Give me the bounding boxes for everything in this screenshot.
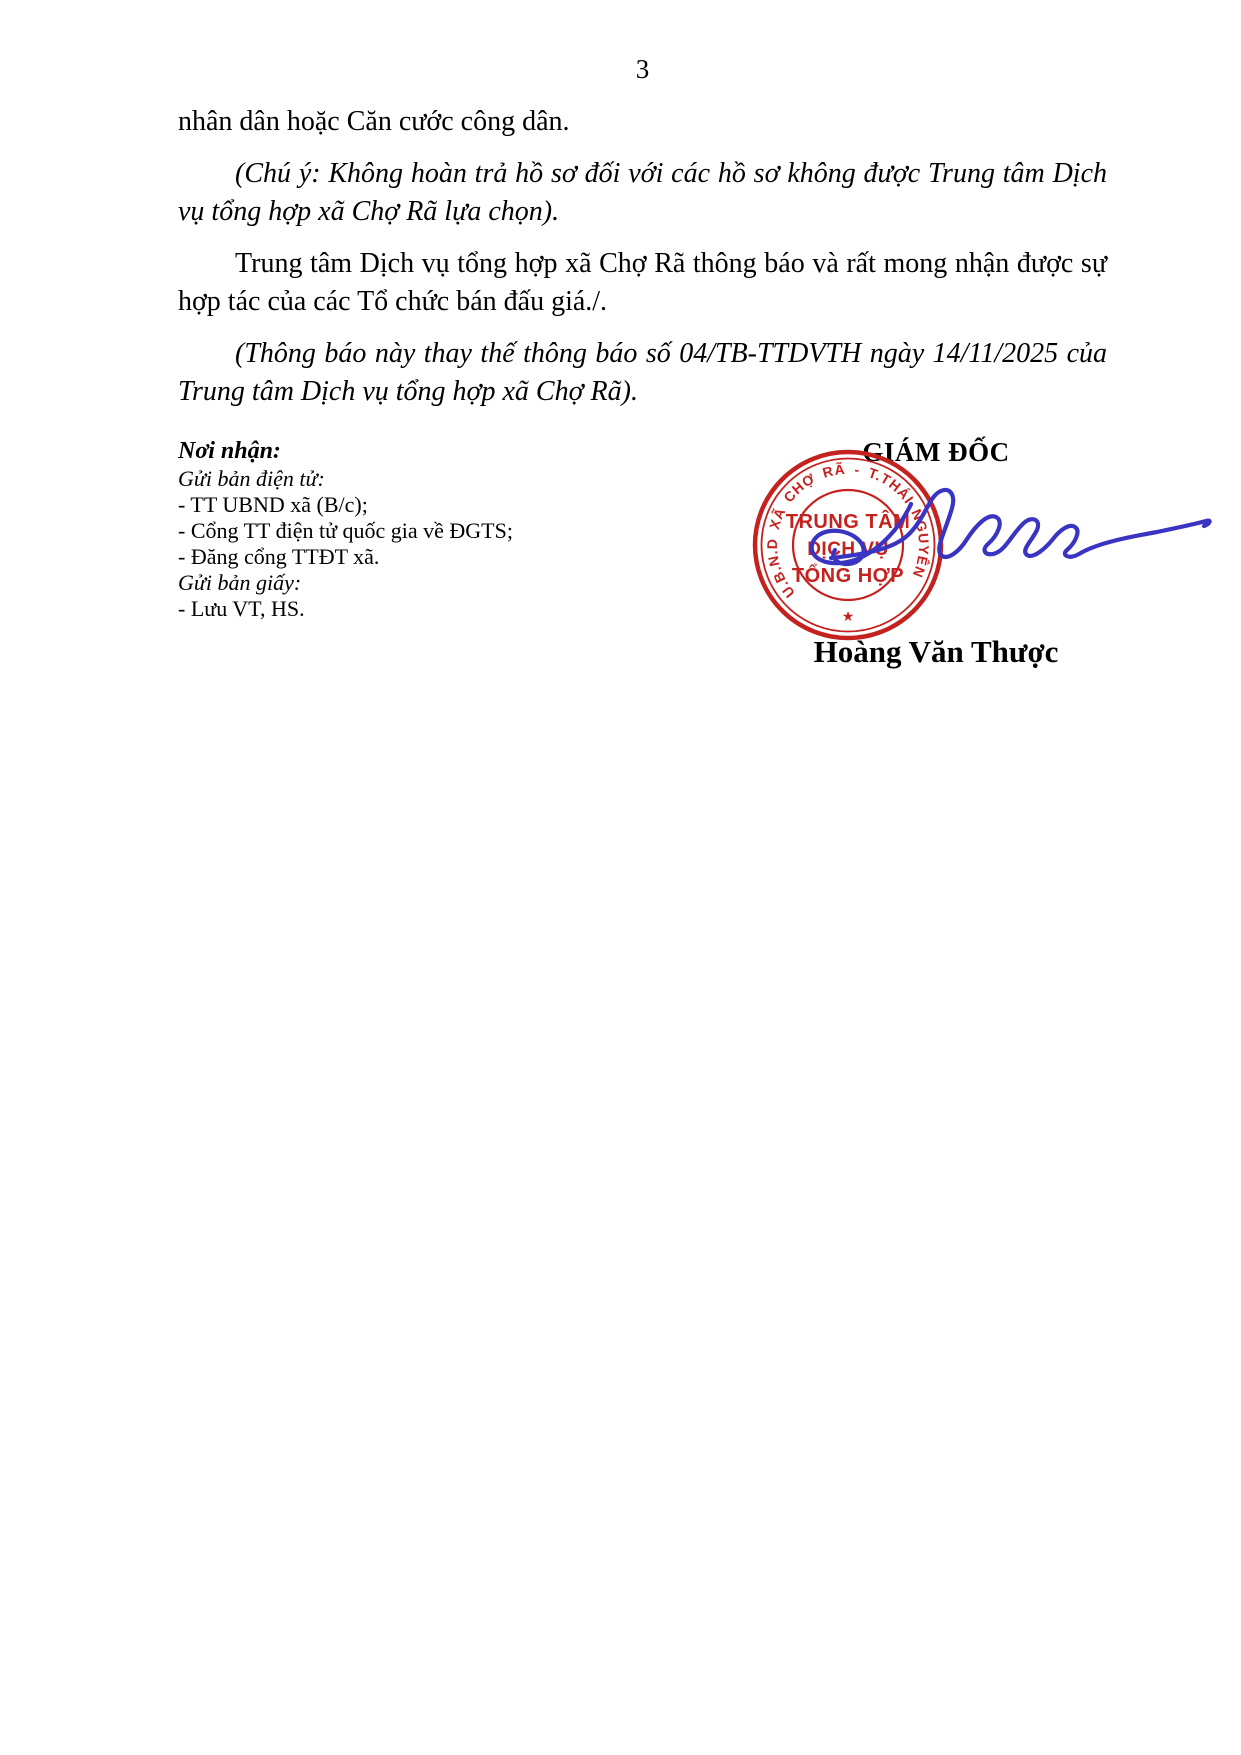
page-number: 3 bbox=[178, 54, 1107, 85]
body-paragraph: nhân dân hoặc Căn cước công dân. bbox=[178, 103, 1107, 141]
recipients-line: Gửi bản điện tử: bbox=[178, 466, 638, 492]
signature-main-stroke bbox=[831, 490, 1210, 558]
signature-icon bbox=[775, 438, 1215, 573]
recipients-line: - Cổng TT điện tử quốc gia về ĐGTS; bbox=[178, 518, 638, 544]
recipients-header: Nơi nhận: bbox=[178, 436, 638, 466]
recipients-line: - TT UBND xã (B/c); bbox=[178, 492, 638, 518]
recipients-line: - Đăng cổng TTĐT xã. bbox=[178, 544, 638, 570]
stamp-star-icon: ★ bbox=[842, 610, 855, 625]
document-page: 3 nhân dân hoặc Căn cước công dân. (Chú … bbox=[0, 0, 1241, 1755]
recipients-line: Gửi bản giấy: bbox=[178, 570, 638, 596]
signer-name: Hoàng Văn Thược bbox=[700, 634, 1172, 670]
body-paragraph: (Chú ý: Không hoàn trả hồ sơ đối với các… bbox=[178, 155, 1107, 231]
handwritten-signature bbox=[775, 438, 1215, 573]
document-body: nhân dân hoặc Căn cước công dân. (Chú ý:… bbox=[178, 103, 1107, 425]
body-paragraph: (Thông báo này thay thế thông báo số 04/… bbox=[178, 335, 1107, 411]
body-paragraph: Trung tâm Dịch vụ tổng hợp xã Chợ Rã thô… bbox=[178, 245, 1107, 321]
recipients-block: Nơi nhận: Gửi bản điện tử: - TT UBND xã … bbox=[178, 436, 638, 622]
recipients-line: - Lưu VT, HS. bbox=[178, 596, 638, 622]
